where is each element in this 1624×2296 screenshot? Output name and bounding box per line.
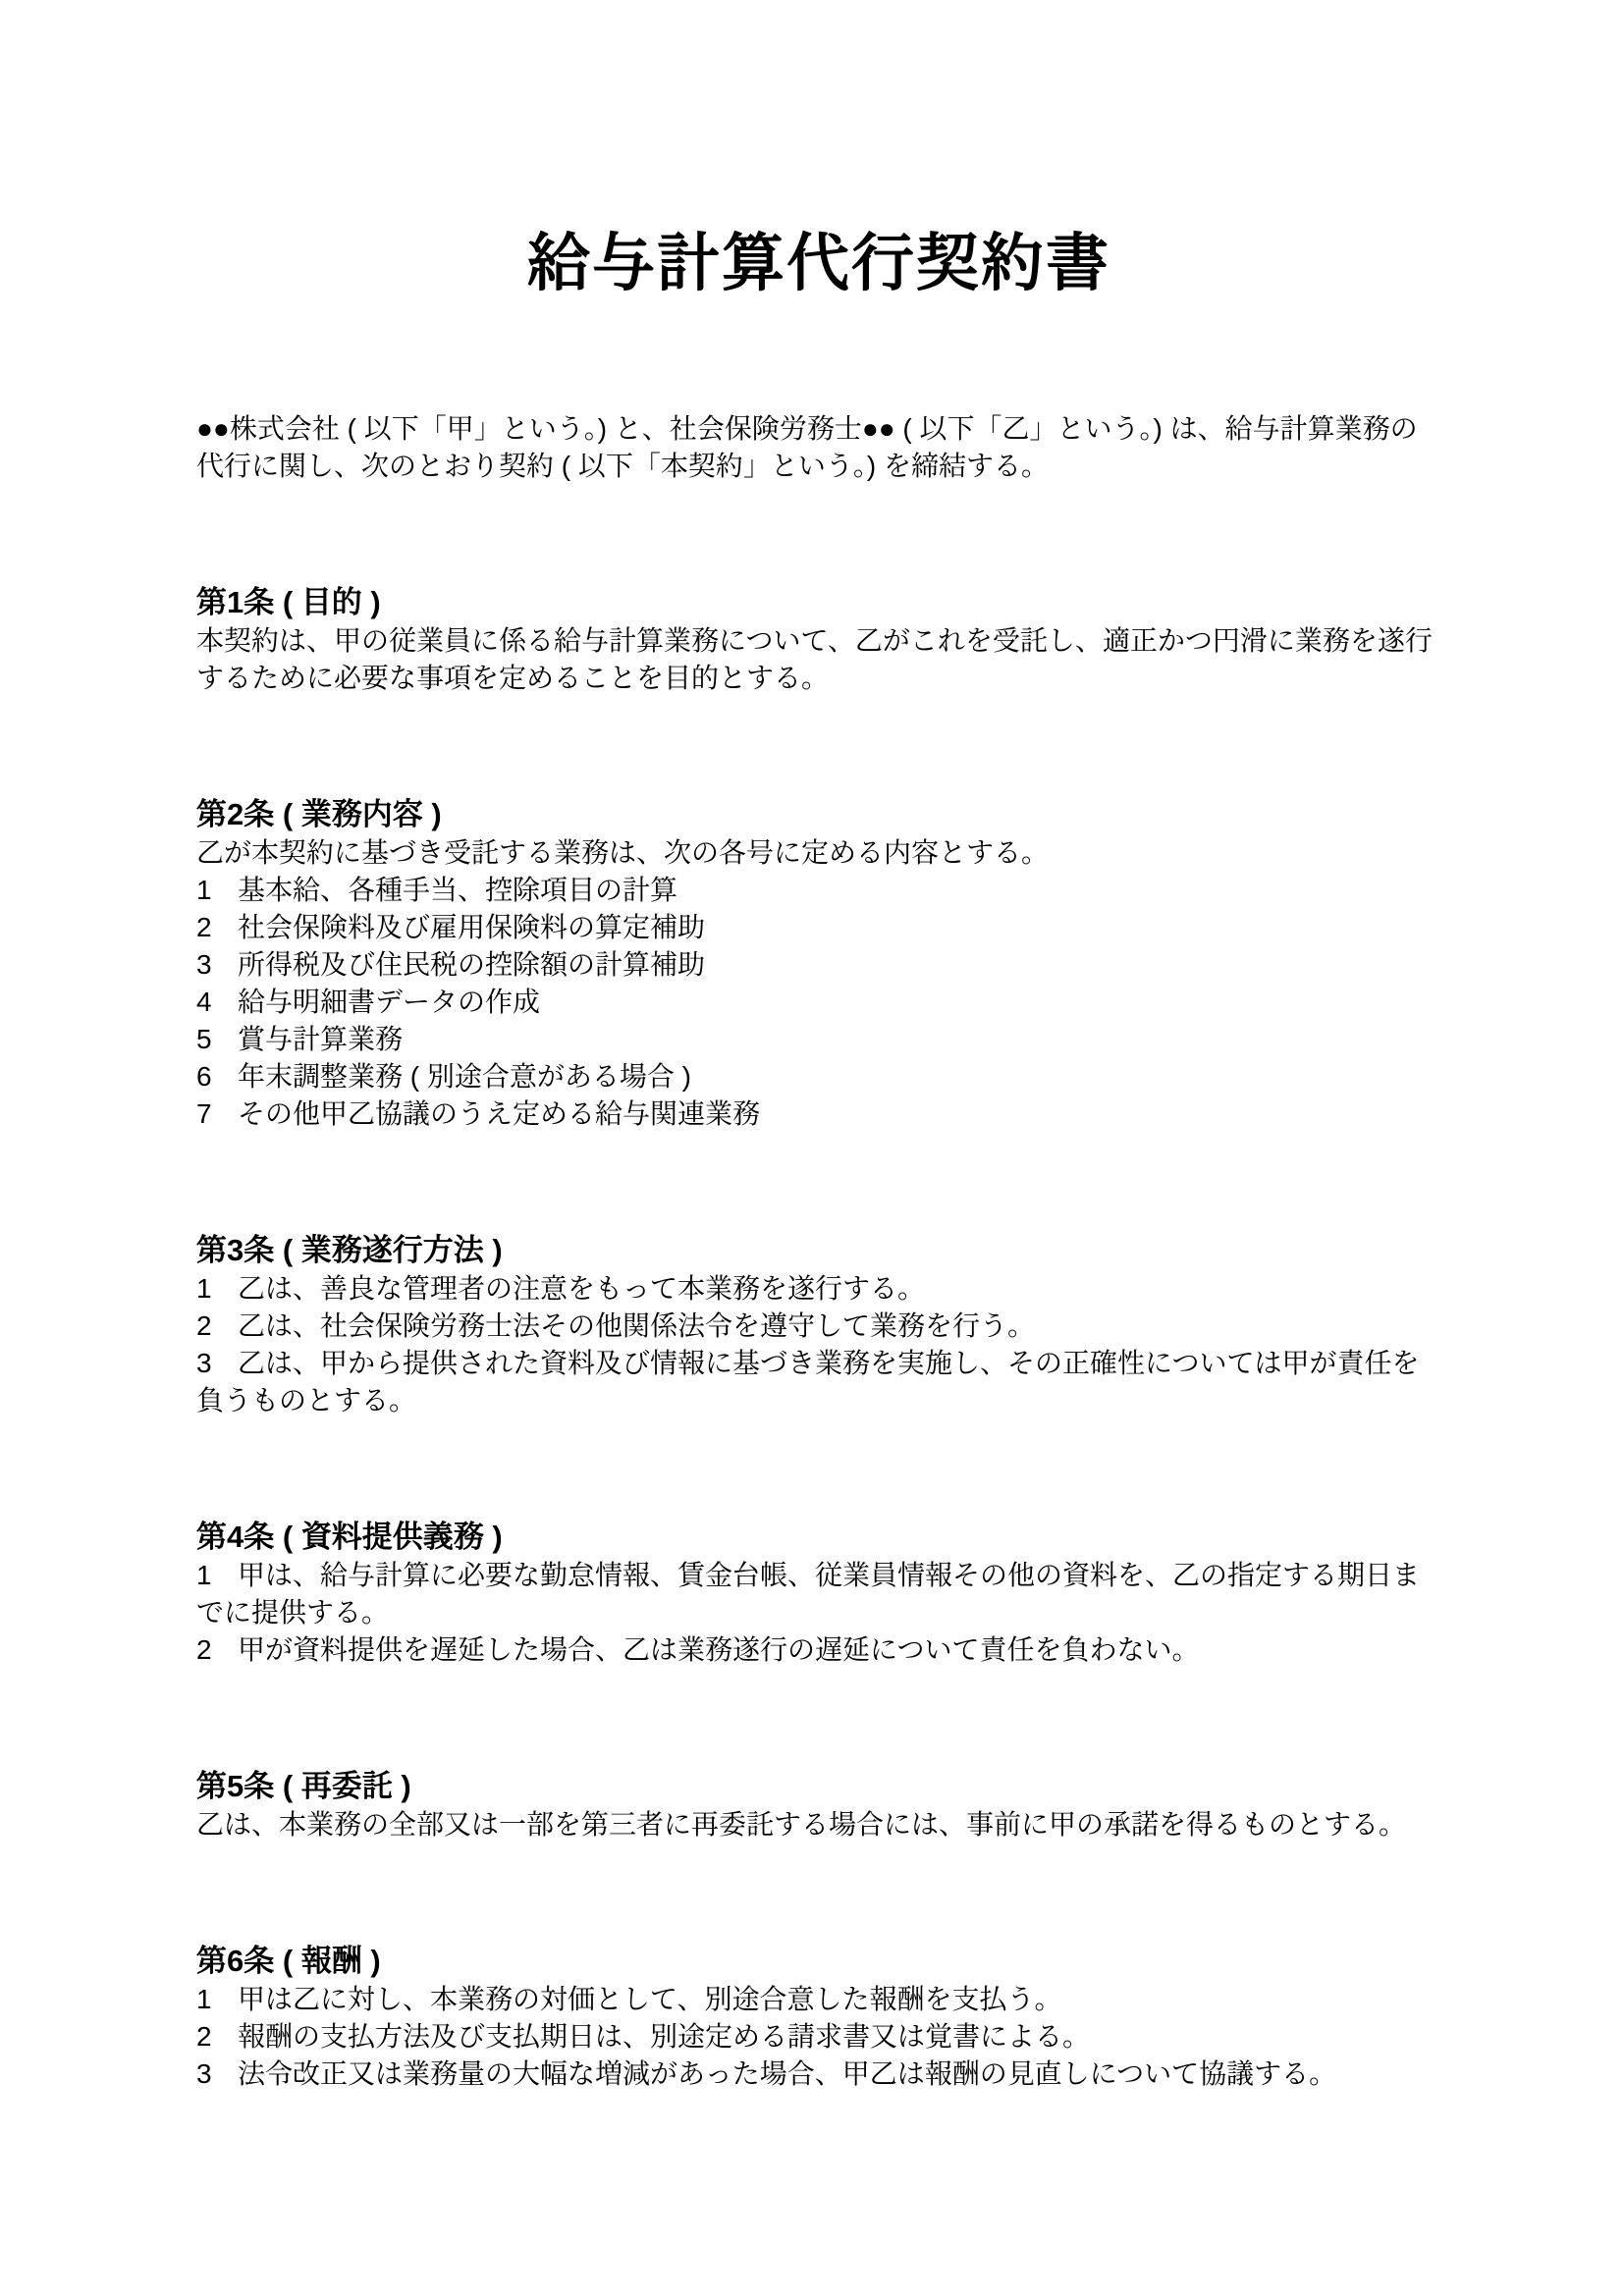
item-text: 乙は、社会保険労務士法その他関係法令を遵守して業務を行う。 [238,1310,1035,1341]
item-text: 社会保険料及び雇用保険料の算定補助 [238,912,705,942]
item-text: 甲が資料提供を遅延した場合、乙は業務遂行の遅延について責任を負わない。 [238,1634,1199,1665]
article-item: 6年末調整業務 ( 別途合意がある場合 ) [196,1058,1441,1095]
article-paragraph: 乙は、本業務の全部又は一部を第三者に再委託する場合には、事前に甲の承諾を得るもの… [196,1806,1441,1843]
item-number: 1 [196,1270,238,1308]
item-number: 3 [196,946,238,984]
article-paragraph: 本契約は、甲の従業員に係る給与計算業務について、乙がこれを受託し、適正かつ円滑に… [196,622,1441,697]
item-text: 法令改正又は業務量の大幅な増減があった場合、甲乙は報酬の見直しについて協議する。 [238,2058,1336,2089]
article-heading: 第5条 ( 再委託 ) [196,1767,1441,1806]
intro-paragraph: ●●株式会社 ( 以下「甲」という。) と、社会保険労務士●● ( 以下「乙」と… [196,410,1441,485]
item-number: 2 [196,2018,238,2056]
article: 第1条 ( 目的 )本契約は、甲の従業員に係る給与計算業務について、乙がこれを受… [196,583,1441,697]
item-text: 乙は、甲から提供された資料及び情報に基づき業務を実施し、その正確性については甲が… [196,1348,1419,1415]
article-item: 2社会保険料及び雇用保険料の算定補助 [196,909,1441,946]
item-number: 5 [196,1021,238,1058]
item-text: 基本給、各種手当、控除項目の計算 [238,875,677,905]
item-text: 甲は、給与計算に必要な勤怠情報、賃金台帳、従業員情報その他の資料を、乙の指定する… [196,1560,1420,1628]
item-text: その他甲乙協議のうえ定める給与関連業務 [238,1098,760,1129]
article-item: 7その他甲乙協議のうえ定める給与関連業務 [196,1095,1441,1133]
item-number: 2 [196,1631,238,1669]
contract-document-page: 給与計算代行契約書 ●●株式会社 ( 以下「甲」という。) と、社会保険労務士●… [0,0,1624,2296]
article: 第5条 ( 再委託 )乙は、本業務の全部又は一部を第三者に再委託する場合には、事… [196,1767,1441,1843]
item-text: 年末調整業務 ( 別途合意がある場合 ) [238,1061,691,1092]
article-item: 3所得税及び住民税の控除額の計算補助 [196,946,1441,984]
item-text: 報酬の支払方法及び支払期日は、別途定める請求書又は覚書による。 [238,2021,1090,2052]
article-item: 1甲は乙に対し、本業務の対価として、別途合意した報酬を支払う。 [196,1981,1441,2018]
item-number: 2 [196,909,238,946]
article-item: 1基本給、各種手当、控除項目の計算 [196,872,1441,909]
item-number: 4 [196,984,238,1021]
article: 第6条 ( 報酬 )1甲は乙に対し、本業務の対価として、別途合意した報酬を支払う… [196,1942,1441,2093]
item-text: 甲は乙に対し、本業務の対価として、別途合意した報酬を支払う。 [238,1984,1061,2014]
article-heading: 第6条 ( 報酬 ) [196,1942,1441,1981]
article: 第3条 ( 業務遂行方法 )1乙は、善良な管理者の注意をもって本業務を遂行する。… [196,1231,1441,1419]
item-number: 3 [196,2056,238,2093]
item-number: 3 [196,1345,238,1382]
article-item: 3法令改正又は業務量の大幅な増減があった場合、甲乙は報酬の見直しについて協議する… [196,2056,1441,2093]
item-number: 2 [196,1308,238,1345]
item-number: 1 [196,872,238,909]
article: 第4条 ( 資料提供義務 )1甲は、給与計算に必要な勤怠情報、賃金台帳、従業員情… [196,1518,1441,1669]
article-item: 1乙は、善良な管理者の注意をもって本業務を遂行する。 [196,1270,1441,1308]
article-heading: 第2条 ( 業務内容 ) [196,795,1441,834]
article: 第2条 ( 業務内容 )乙が本契約に基づき受託する業務は、次の各号に定める内容と… [196,795,1441,1133]
item-text: 賞与計算業務 [238,1024,403,1054]
article-heading: 第4条 ( 資料提供義務 ) [196,1518,1441,1557]
item-text: 乙は、善良な管理者の注意をもって本業務を遂行する。 [238,1273,925,1304]
item-number: 1 [196,1981,238,2018]
article-heading: 第1条 ( 目的 ) [196,583,1441,622]
document-title: 給与計算代行契約書 [196,226,1441,300]
item-number: 6 [196,1058,238,1095]
article-item: 5賞与計算業務 [196,1021,1441,1058]
item-text: 給与明細書データの作成 [238,987,540,1017]
article-paragraph: 乙が本契約に基づき受託する業務は、次の各号に定める内容とする。 [196,834,1441,872]
article-item: 2報酬の支払方法及び支払期日は、別途定める請求書又は覚書による。 [196,2018,1441,2056]
item-number: 7 [196,1095,238,1133]
article-item: 2乙は、社会保険労務士法その他関係法令を遵守して業務を行う。 [196,1308,1441,1345]
article-item: 1甲は、給与計算に必要な勤怠情報、賃金台帳、従業員情報その他の資料を、乙の指定す… [196,1557,1441,1631]
article-item: 2甲が資料提供を遅延した場合、乙は業務遂行の遅延について責任を負わない。 [196,1631,1441,1669]
articles-container: 第1条 ( 目的 )本契約は、甲の従業員に係る給与計算業務について、乙がこれを受… [196,583,1441,2093]
item-number: 1 [196,1557,238,1594]
article-item: 3乙は、甲から提供された資料及び情報に基づき業務を実施し、その正確性については甲… [196,1345,1441,1419]
article-heading: 第3条 ( 業務遂行方法 ) [196,1231,1441,1270]
article-item: 4給与明細書データの作成 [196,984,1441,1021]
item-text: 所得税及び住民税の控除額の計算補助 [238,949,705,980]
